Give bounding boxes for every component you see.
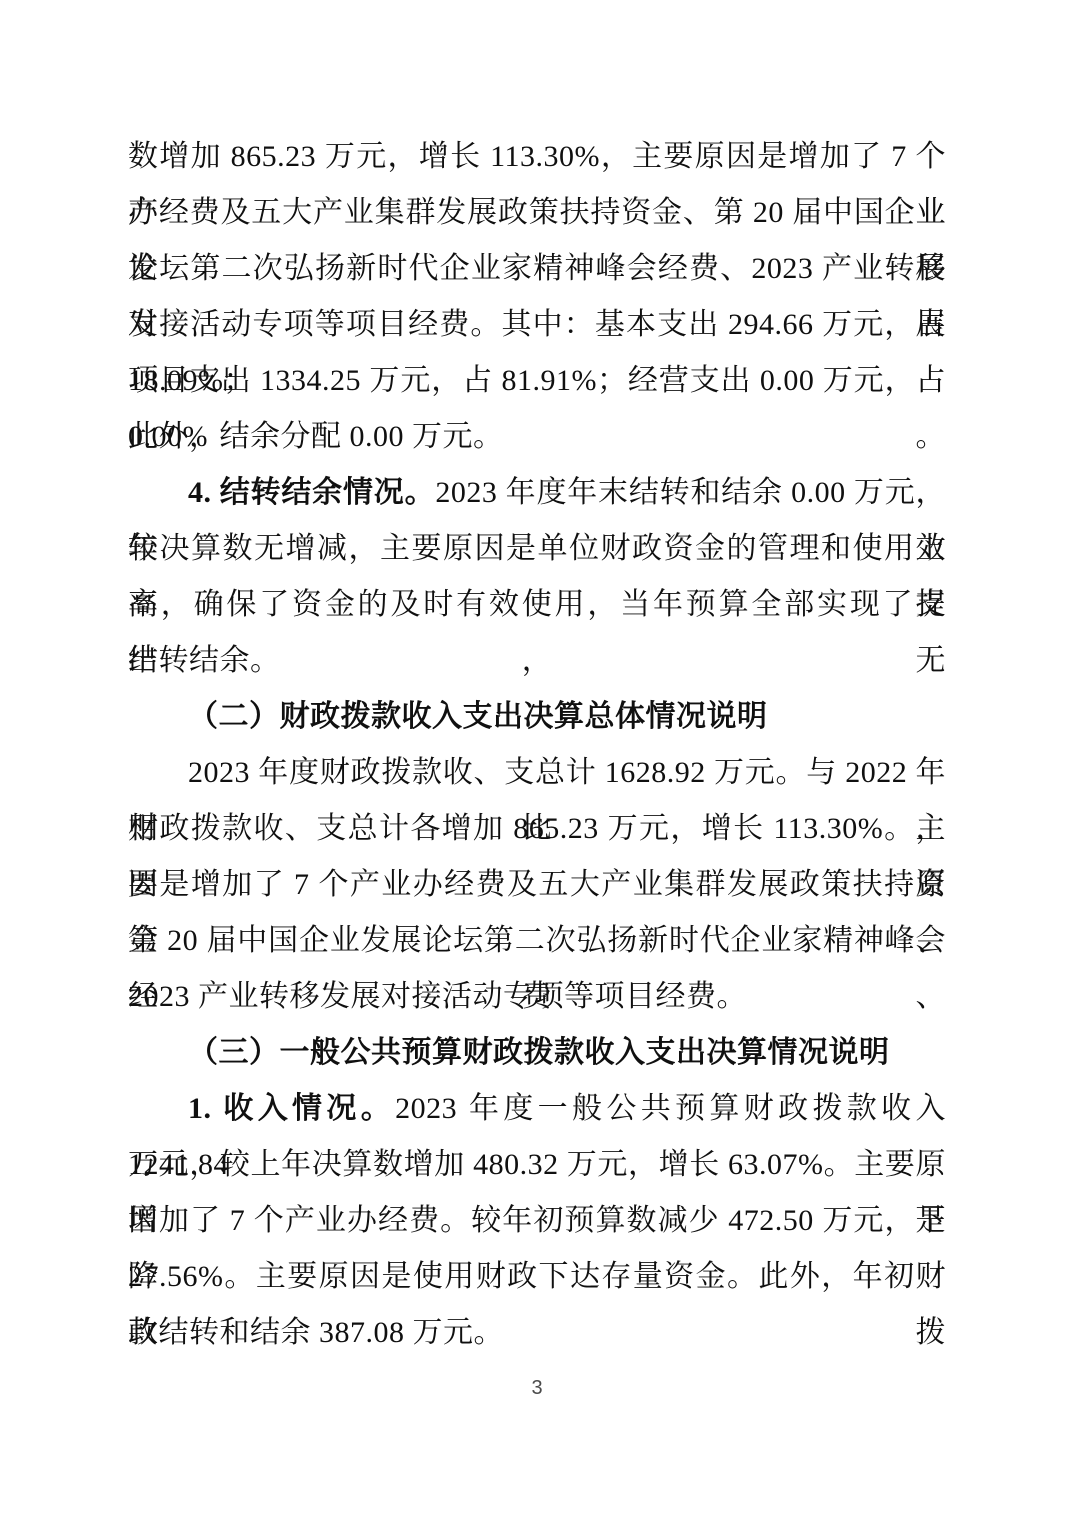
page-number: 3 (0, 1376, 1074, 1400)
text-line: 27.56%。主要原因是使用财政下达存量资金。此外，年初财政拨 (128, 1249, 946, 1305)
text-line: 2023 年度财政拨款收、支总计 1628.92 万元。与 2022 年相比， (128, 745, 946, 801)
text-line: 4. 结转结余情况。2023 年度年末结转和结余 0.00 万元，较上 (128, 465, 946, 521)
bold-text-segment: （二）财政拨款收入支出决算总体情况说明 (188, 700, 768, 733)
text-line: 因是增加了 7 个产业办经费及五大产业集群发展政策扶持资金、 (128, 857, 946, 913)
text-line: （二）财政拨款收入支出决算总体情况说明 (128, 689, 946, 745)
text-line: （三）一般公共预算财政拨款收入支出决算情况说明 (128, 1025, 946, 1081)
bold-text-segment: 4. 结转结余情况。 (188, 476, 435, 509)
document-text-block: 数增加 865.23 万元，增长 113.30%，主要原因是增加了 7 个产业办… (128, 129, 946, 1361)
text-line: 财政拨款收、支总计各增加 865.23 万元，增长 113.30%。主要原 (128, 801, 946, 857)
text-line: 年决算数无增减，主要原因是单位财政资金的管理和使用效率提 (128, 521, 946, 577)
text-segment: 结转结余。 (128, 644, 281, 677)
text-line: 1. 收入情况。2023 年度一般公共预算财政拨款收入 1241.84 (128, 1081, 946, 1137)
text-segment: 此外，结余分配 0.00 万元。 (128, 420, 504, 453)
document-page: 数增加 865.23 万元，增长 113.30%，主要原因是增加了 7 个产业办… (0, 0, 1074, 1520)
text-line: 高，确保了资金的及时有效使用，当年预算全部实现了支出，无 (128, 577, 946, 633)
text-line: 项目支出 1334.25 万元，占 81.91%；经营支出 0.00 万元，占 … (128, 353, 946, 409)
text-line: 论坛第二次弘扬新时代企业家精神峰会经费、2023 产业转移发展 (128, 241, 946, 297)
text-line: 增加了 7 个产业办经费。较年初预算数减少 472.50 万元，下降 (128, 1193, 946, 1249)
text-segment: 2023 产业转移发展对接活动专项等项目经费。 (128, 980, 747, 1013)
text-line: 对接活动专项等项目经费。其中：基本支出 294.66 万元，占 18.09%； (128, 297, 946, 353)
text-line: 办经费及五大产业集群发展政策扶持资金、第 20 届中国企业发展 (128, 185, 946, 241)
bold-text-segment: （三）一般公共预算财政拨款收入支出决算情况说明 (188, 1036, 890, 1069)
text-line: 万元，较上年决算数增加 480.32 万元，增长 63.07%。主要原因是 (128, 1137, 946, 1193)
bold-text-segment: 1. 收入情况。 (188, 1092, 395, 1125)
text-line: 数增加 865.23 万元，增长 113.30%，主要原因是增加了 7 个产业 (128, 129, 946, 185)
text-segment: 款结转和结余 387.08 万元。 (128, 1316, 504, 1349)
text-line: 第 20 届中国企业发展论坛第二次弘扬新时代企业家精神峰会经费、 (128, 913, 946, 969)
